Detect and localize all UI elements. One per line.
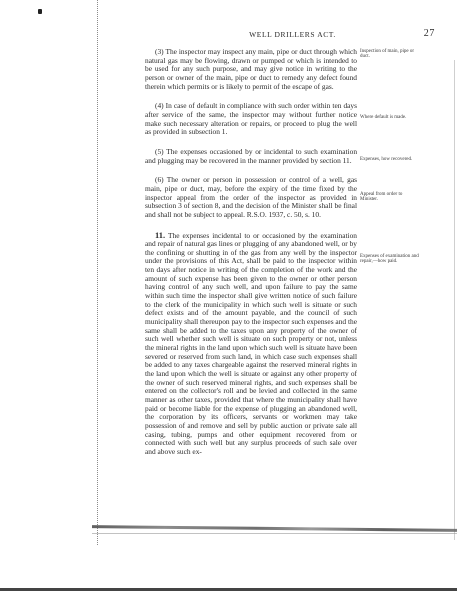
body-text: (3) The inspector may inspect any main, … (145, 48, 357, 468)
paragraph-text: The inspector may inspect any main, pipe… (145, 47, 357, 91)
margin-note-inspection: Inspection of main, pipe or duct. (360, 49, 420, 60)
paragraph-subsection-6: (6) The owner or person in possession or… (145, 176, 357, 219)
paragraph-number: (3) (155, 47, 164, 56)
paragraph-text: The expenses incidental to or occasioned… (145, 231, 357, 456)
section-number: 11. (155, 230, 165, 240)
margin-note-expenses-recovered: Expenses, how recovered. (360, 157, 420, 162)
paragraph-number: (4) (155, 101, 164, 110)
page-left-edge (97, 0, 99, 545)
paragraph-section-11: 11. The expenses incidental to or occasi… (145, 231, 357, 457)
margin-note-default: Where default is made. (360, 115, 420, 120)
page-bottom-edge (92, 525, 457, 532)
paragraph-text: The expenses occasioned by or incidental… (145, 147, 357, 165)
page-number: 27 (424, 28, 435, 39)
margin-note-appeal: Appeal from order to Minister. (360, 192, 420, 203)
paragraph-subsection-3: (3) The inspector may inspect any main, … (145, 48, 357, 91)
paragraph-subsection-4: (4) In case of default in compliance wit… (145, 102, 357, 137)
paragraph-text: In case of default in compliance with su… (145, 101, 357, 136)
paragraph-number: (6) (155, 175, 164, 184)
page-bottom-edge-shadow (92, 533, 457, 534)
page-header: WELL DRILLERS ACT. 27 (150, 30, 435, 44)
paragraph-subsection-5: (5) The expenses occasioned by or incide… (145, 148, 357, 165)
paragraph-number: (5) (155, 147, 164, 156)
paragraph-text: The owner or person in possession or con… (145, 175, 357, 219)
running-title: WELL DRILLERS ACT. (150, 30, 435, 39)
margin-note-expenses-paid: Expenses of examination and repair,—how … (360, 254, 420, 265)
scan-speck (38, 9, 42, 14)
page-right-edge (454, 60, 455, 540)
